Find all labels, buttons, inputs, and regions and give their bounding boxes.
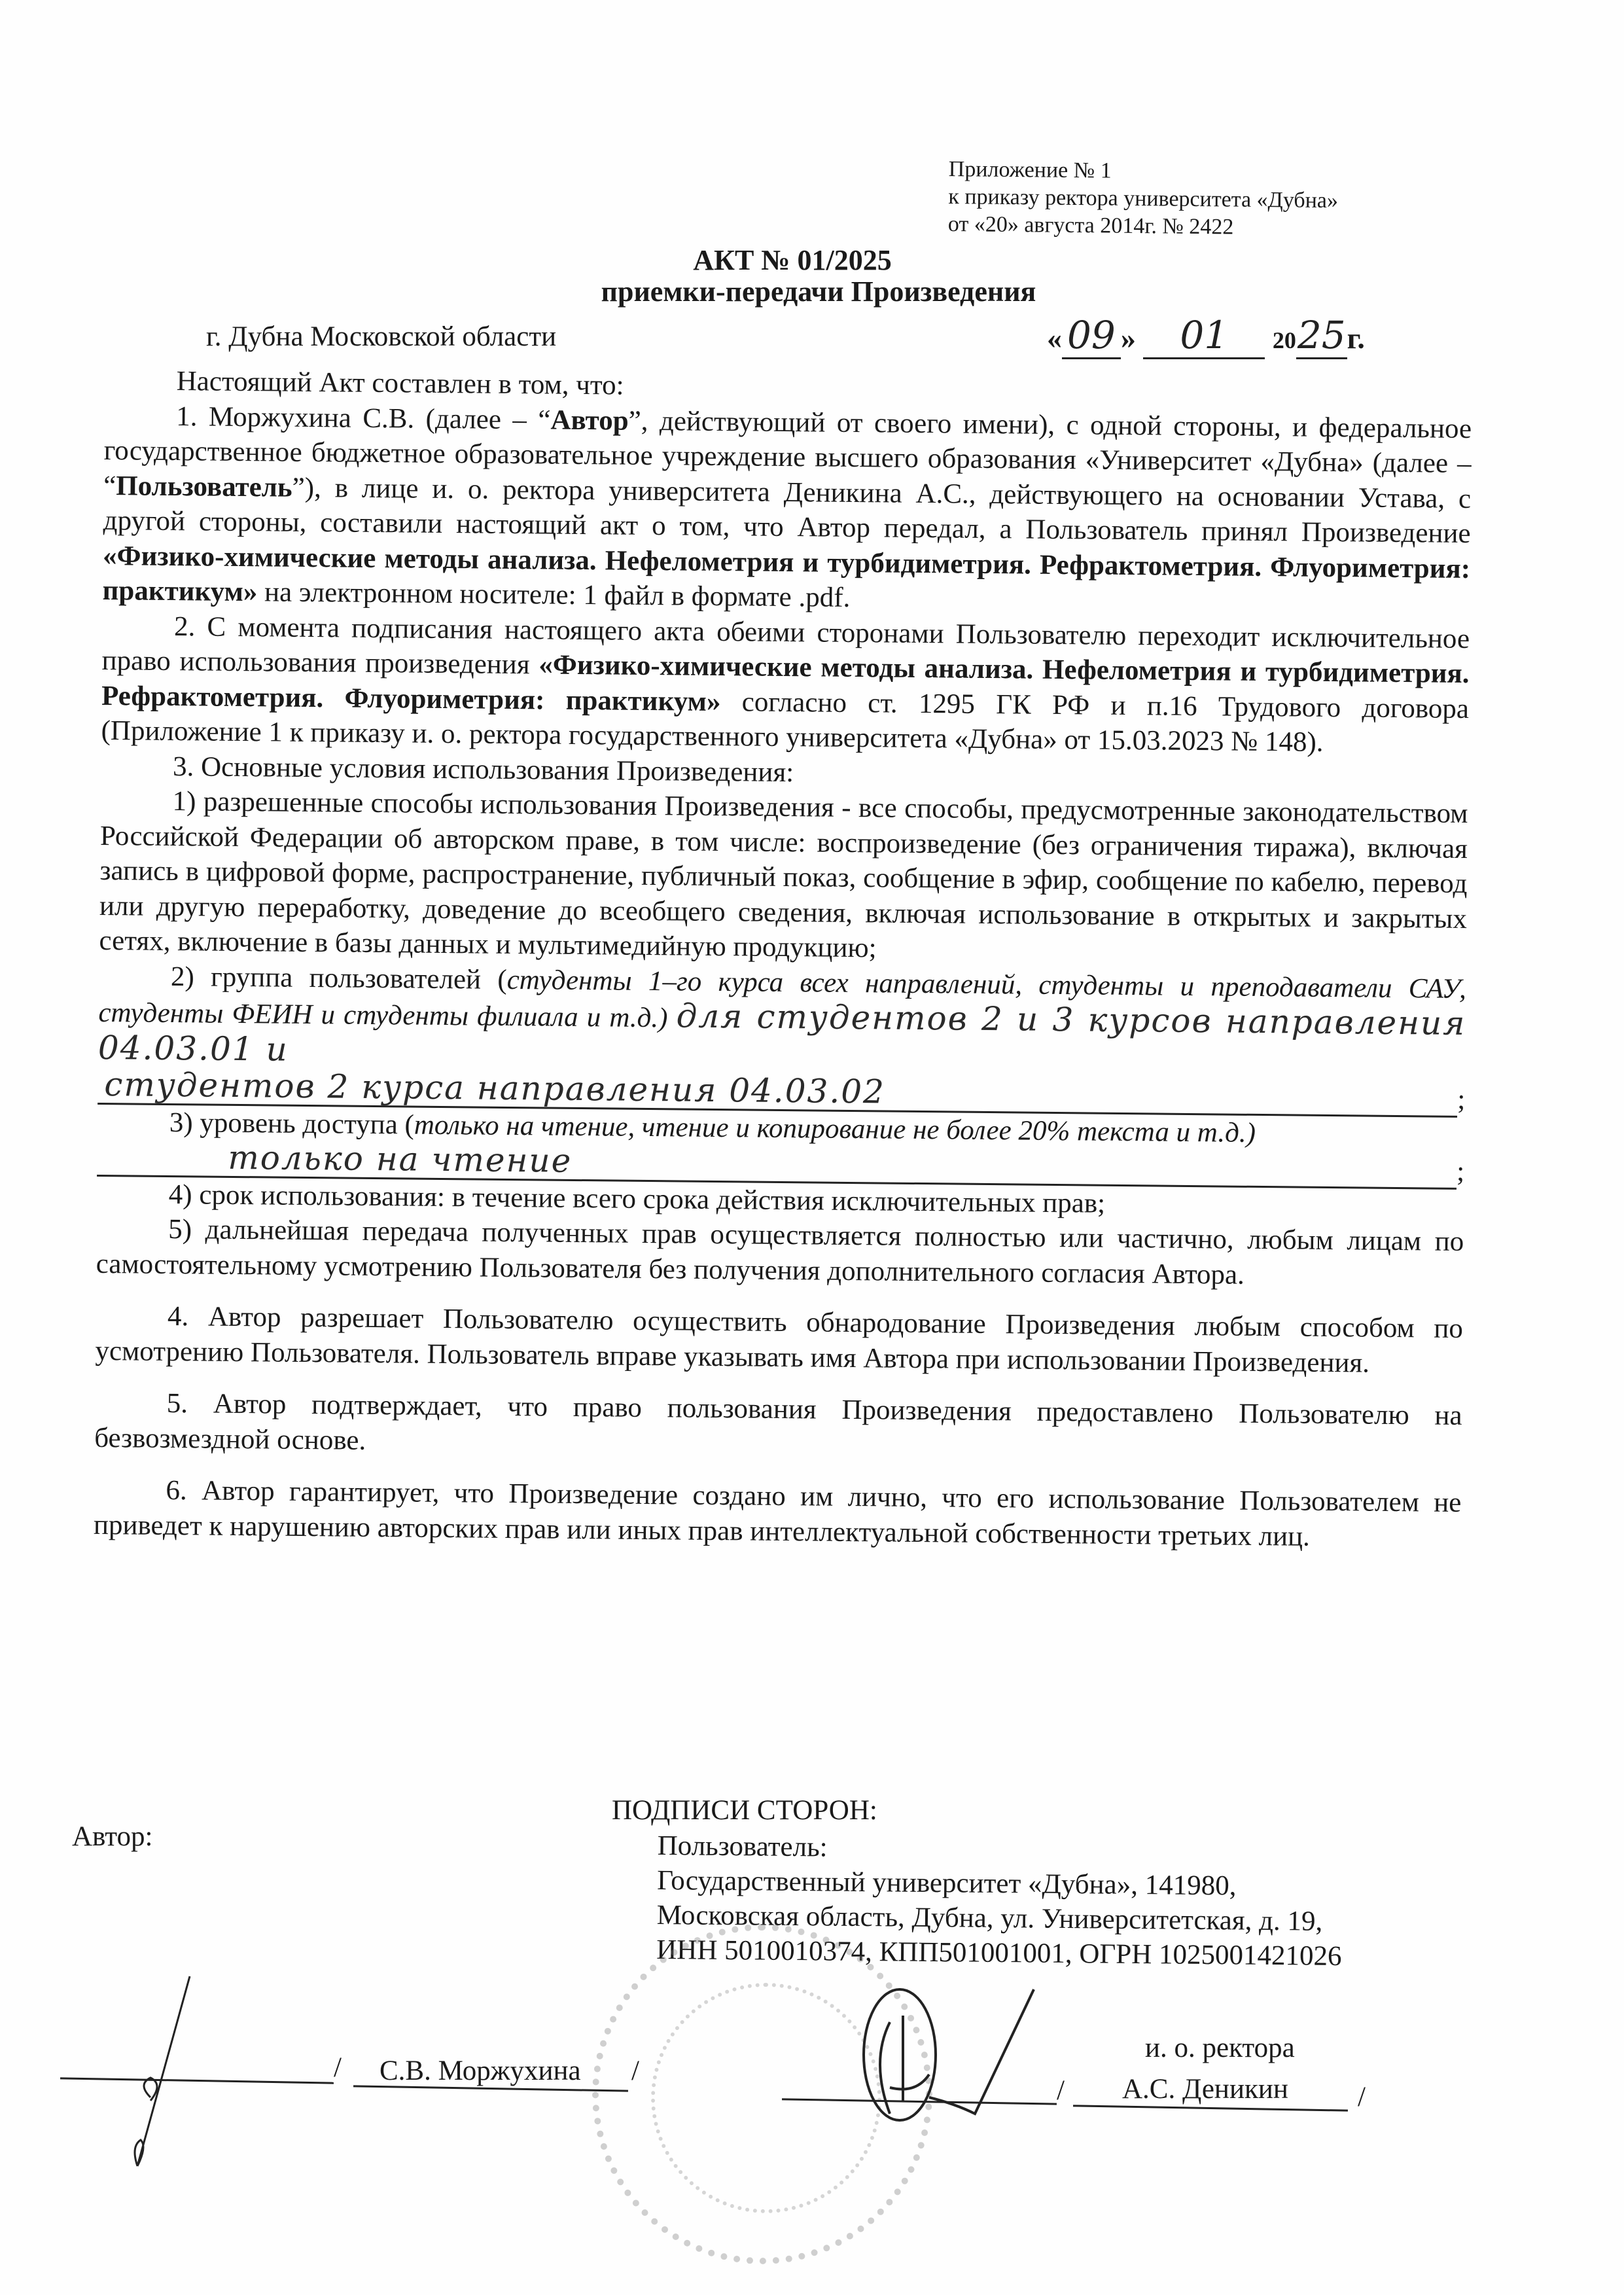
user-name: А.С. Деникин (1122, 2073, 1288, 2105)
clause-2: 2. С момента подписания настоящего акта … (101, 608, 1470, 761)
date-year-prefix: 20 (1273, 327, 1296, 353)
clause-6: 6. Автор гарантирует, что Произведение с… (94, 1472, 1462, 1556)
slash: / (1358, 2081, 1366, 2113)
clause-3-item-2: 2) группа пользователей (студенты 1–го к… (98, 958, 1467, 1080)
slash: / (334, 2052, 342, 2084)
document-subtitle: приемки-передачи Произведения (7, 275, 1624, 308)
appendix-line-1: Приложение № 1 (949, 156, 1339, 187)
clause-1-text: ”), в лице и. о. ректора университета Де… (103, 472, 1471, 549)
date-year-handwritten: 25 (1296, 313, 1347, 359)
date-close-quote: » (1121, 321, 1136, 355)
document-title: АКТ № 01/2025 (0, 243, 1604, 277)
appendix-line-2: к приказу ректора университета «Дубна» (948, 183, 1338, 215)
date-day-handwritten: 09 (1062, 313, 1121, 359)
item-3-lead: 3) уровень доступа ( (169, 1107, 414, 1141)
clause-3-item-1: 1) разрешенные способы использования Про… (99, 783, 1468, 972)
author-name: С.В. Моржухина (380, 2055, 581, 2087)
slash: / (631, 2055, 639, 2087)
author-term: Автор (550, 404, 629, 436)
date-open-quote: « (1047, 321, 1062, 355)
user-term: Пользователь (116, 471, 292, 503)
item-2-lead: 2) группа пользователей ( (171, 961, 507, 995)
signatures-heading: ПОДПИСИ СТОРОН: (612, 1794, 877, 1826)
clause-1: 1. Моржухина С.В. (далее – “Автор”, дейс… (102, 398, 1472, 621)
clause-3-item-5: 5) дальнейшая передача полученных прав о… (96, 1211, 1464, 1294)
place-of-signing: г. Дубна Московской области (206, 321, 556, 353)
clause-1-text: на электронном носителе: 1 файл в формат… (257, 577, 850, 613)
document-body: Настоящий Акт составлен в том, что: 1. М… (94, 363, 1472, 1556)
item-2-end: ; (1457, 1082, 1465, 1118)
appendix-reference: Приложение № 1 к приказу ректора универс… (948, 156, 1339, 242)
item-3-end: ; (1456, 1154, 1464, 1190)
clause-4: 4. Автор разрешает Пользователю осуществ… (95, 1298, 1463, 1381)
date-month-handwritten: 01 (1143, 313, 1265, 359)
author-label: Автор: (72, 1821, 152, 1853)
document-date: «09» 01 2025г. (1047, 313, 1365, 359)
slash: / (1057, 2074, 1065, 2107)
author-signature (111, 1970, 242, 2205)
document-page: Приложение № 1 к приказу ректора универс… (0, 0, 1624, 2295)
date-year-unit: г. (1347, 321, 1365, 355)
user-position: и. о. ректора (1145, 2032, 1295, 2064)
clause-5: 5. Автор подтверждает, что право пользов… (94, 1385, 1462, 1468)
appendix-line-3: от «20» августа 2014г. № 2422 (948, 211, 1338, 242)
clause-1-text: 1. Моржухина С.В. (далее – “ (176, 401, 551, 435)
